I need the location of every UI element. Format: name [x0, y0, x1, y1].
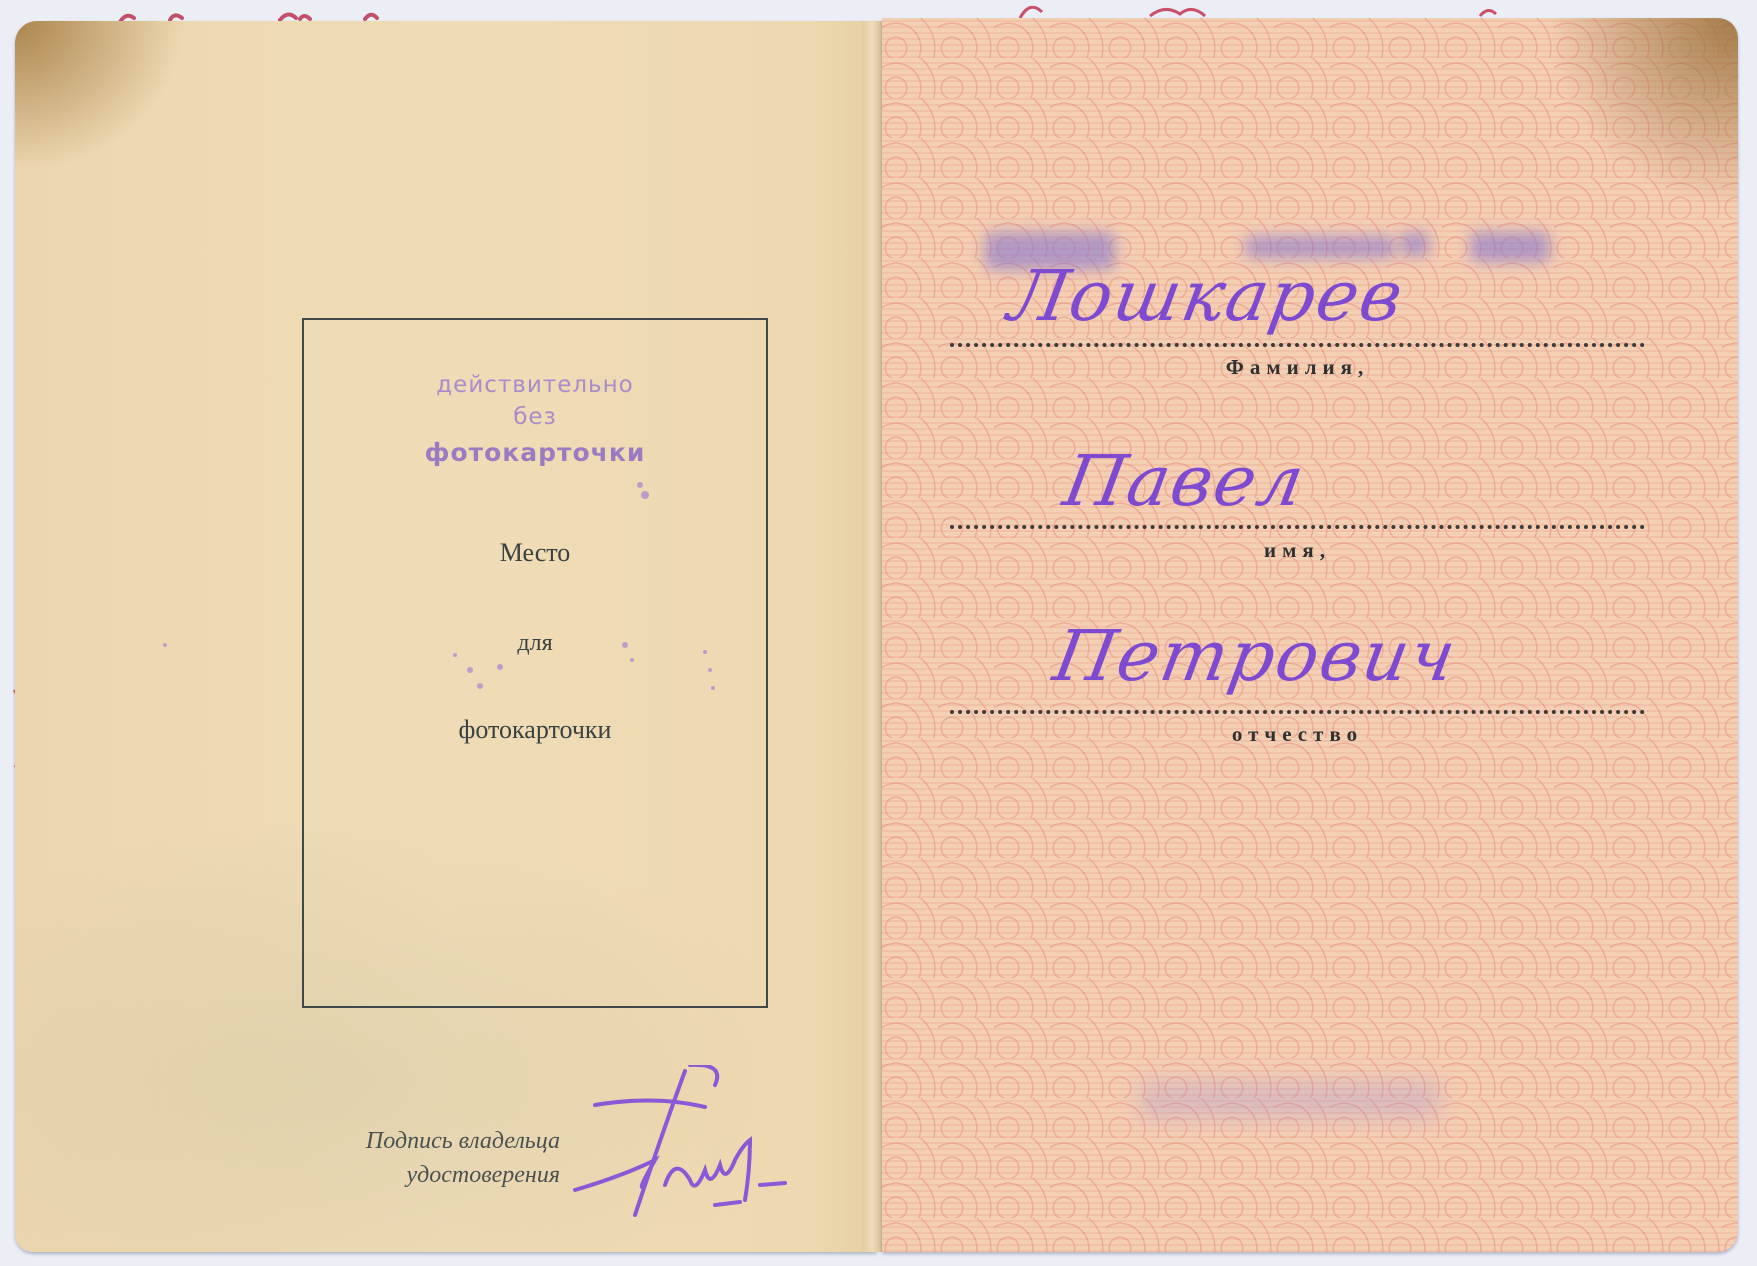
spine: [862, 21, 882, 1252]
signature-label: удостоверения: [407, 1162, 561, 1189]
signature-label: Подпись владельца: [366, 1128, 560, 1155]
dotted-line: [950, 343, 1645, 347]
patronymic-value: Петрович: [1048, 615, 1464, 697]
stamp-line: без: [304, 404, 766, 430]
name-value: Павел: [1058, 440, 1312, 522]
photo-box-text: для: [304, 630, 766, 657]
photo-placeholder-box: действительно без фотокарточки Место для…: [302, 318, 768, 1008]
dotted-line: [950, 710, 1645, 714]
owner-signature: [565, 1065, 865, 1255]
stamp-line: фотокарточки: [304, 438, 766, 467]
photo-box-text: Место: [304, 538, 766, 568]
patronymic-label: отчество: [950, 722, 1645, 747]
stamp-line: действительно: [304, 372, 766, 398]
photo-box-text: фотокарточки: [304, 715, 766, 745]
redacted-stamp: [1400, 232, 1430, 256]
surname-label: Фамилия,: [950, 355, 1645, 380]
dotted-line: [950, 525, 1645, 529]
name-label: имя,: [950, 538, 1645, 563]
ink-bleed: [1140, 1080, 1440, 1120]
surname-value: Лошкарев: [1003, 255, 1411, 337]
redacted-stamp: [1470, 232, 1550, 262]
